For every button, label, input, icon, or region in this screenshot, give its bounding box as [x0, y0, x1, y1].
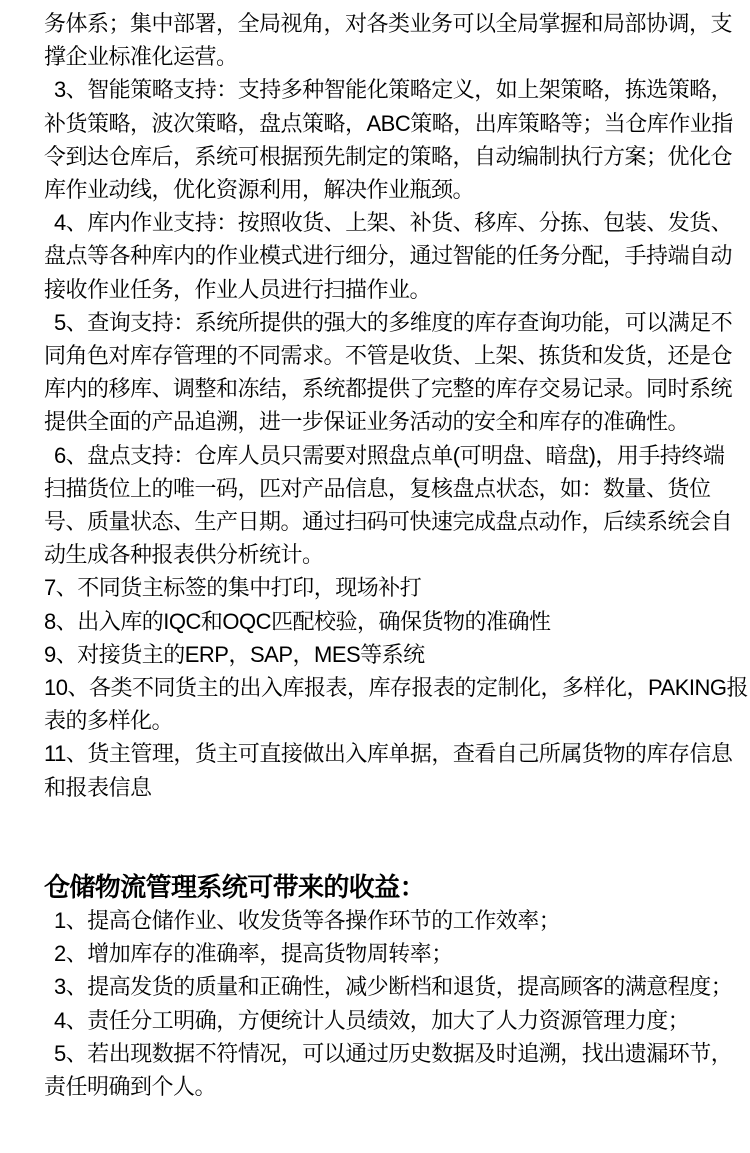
text-line: 撑企业标准化运营。	[0, 40, 750, 73]
text-line: 同角色对库存管理的不同需求。不管是收货、上架、拣货和发货，还是仓	[0, 339, 750, 372]
document-page: 务体系；集中部署，全局视角，对各类业务可以全局掌握和局部协调，支 撑企业标准化运…	[0, 0, 750, 1153]
text-line: 11、货主管理，货主可直接做出入库单据，查看自己所属货物的库存信息	[0, 737, 750, 770]
text-line: 提供全面的产品追溯，进一步保证业务活动的安全和库存的准确性。	[0, 405, 750, 438]
text-line: 库作业动线，优化资源利用，解决作业瓶颈。	[0, 173, 750, 206]
text-line: 5、查询支持：系统所提供的强大的多维度的库存查询功能，可以满足不	[0, 306, 750, 339]
text-line: 7、不同货主标签的集中打印，现场补打	[0, 571, 750, 604]
text-line: 盘点等各种库内的作业模式进行细分，通过智能的任务分配，手持端自动	[0, 239, 750, 272]
text-line: 务体系；集中部署，全局视角，对各类业务可以全局掌握和局部协调，支	[0, 7, 750, 40]
text-line: 和报表信息	[0, 771, 750, 804]
text-line: 扫描货位上的唯一码，匹对产品信息，复核盘点状态，如：数量、货位	[0, 472, 750, 505]
text-line: 10、各类不同货主的出入库报表，库存报表的定制化，多样化，PAKING报	[0, 671, 750, 704]
benefits-section: 1、提高仓储作业、收发货等各操作环节的工作效率； 2、增加库存的准确率，提高货物…	[0, 904, 750, 1103]
text-line: 1、提高仓储作业、收发货等各操作环节的工作效率；	[0, 904, 750, 937]
text-line: 2、增加库存的准确率，提高货物周转率；	[0, 937, 750, 970]
text-line: 接收作业任务，作业人员进行扫描作业。	[0, 273, 750, 306]
text-line: 8、出入库的IQC和OQC匹配校验，确保货物的准确性	[0, 605, 750, 638]
text-line: 号、质量状态、生产日期。通过扫码可快速完成盘点动作，后续系统会自	[0, 505, 750, 538]
benefits-heading: 仓储物流管理系统可带来的收益：	[44, 868, 425, 906]
text-line: 责任明确到个人。	[0, 1070, 750, 1103]
text-line: 6、盘点支持：仓库人员只需要对照盘点单(可明盘、暗盘)，用手持终端	[0, 439, 750, 472]
text-line: 令到达仓库后，系统可根据预先制定的策略，自动编制执行方案；优化仓	[0, 140, 750, 173]
text-line: 4、责任分工明确，方便统计人员绩效，加大了人力资源管理力度；	[0, 1004, 750, 1037]
text-line: 补货策略，波次策略，盘点策略，ABC策略，出库策略等；当仓库作业指	[0, 107, 750, 140]
text-line: 3、智能策略支持：支持多种智能化策略定义，如上架策略，拣选策略，	[0, 73, 750, 106]
text-line: 动生成各种报表供分析统计。	[0, 538, 750, 571]
text-line: 4、库内作业支持：按照收货、上架、补货、移库、分拣、包装、发货、	[0, 206, 750, 239]
text-line: 表的多样化。	[0, 704, 750, 737]
text-line: 3、提高发货的质量和正确性，减少断档和退货，提高顾客的满意程度；	[0, 970, 750, 1003]
text-line: 9、对接货主的ERP，SAP，MES等系统	[0, 638, 750, 671]
features-section: 务体系；集中部署，全局视角，对各类业务可以全局掌握和局部协调，支 撑企业标准化运…	[0, 7, 750, 804]
text-line: 库内的移库、调整和冻结，系统都提供了完整的库存交易记录。同时系统	[0, 372, 750, 405]
text-line: 5、若出现数据不符情况，可以通过历史数据及时追溯，找出遗漏环节，	[0, 1037, 750, 1070]
